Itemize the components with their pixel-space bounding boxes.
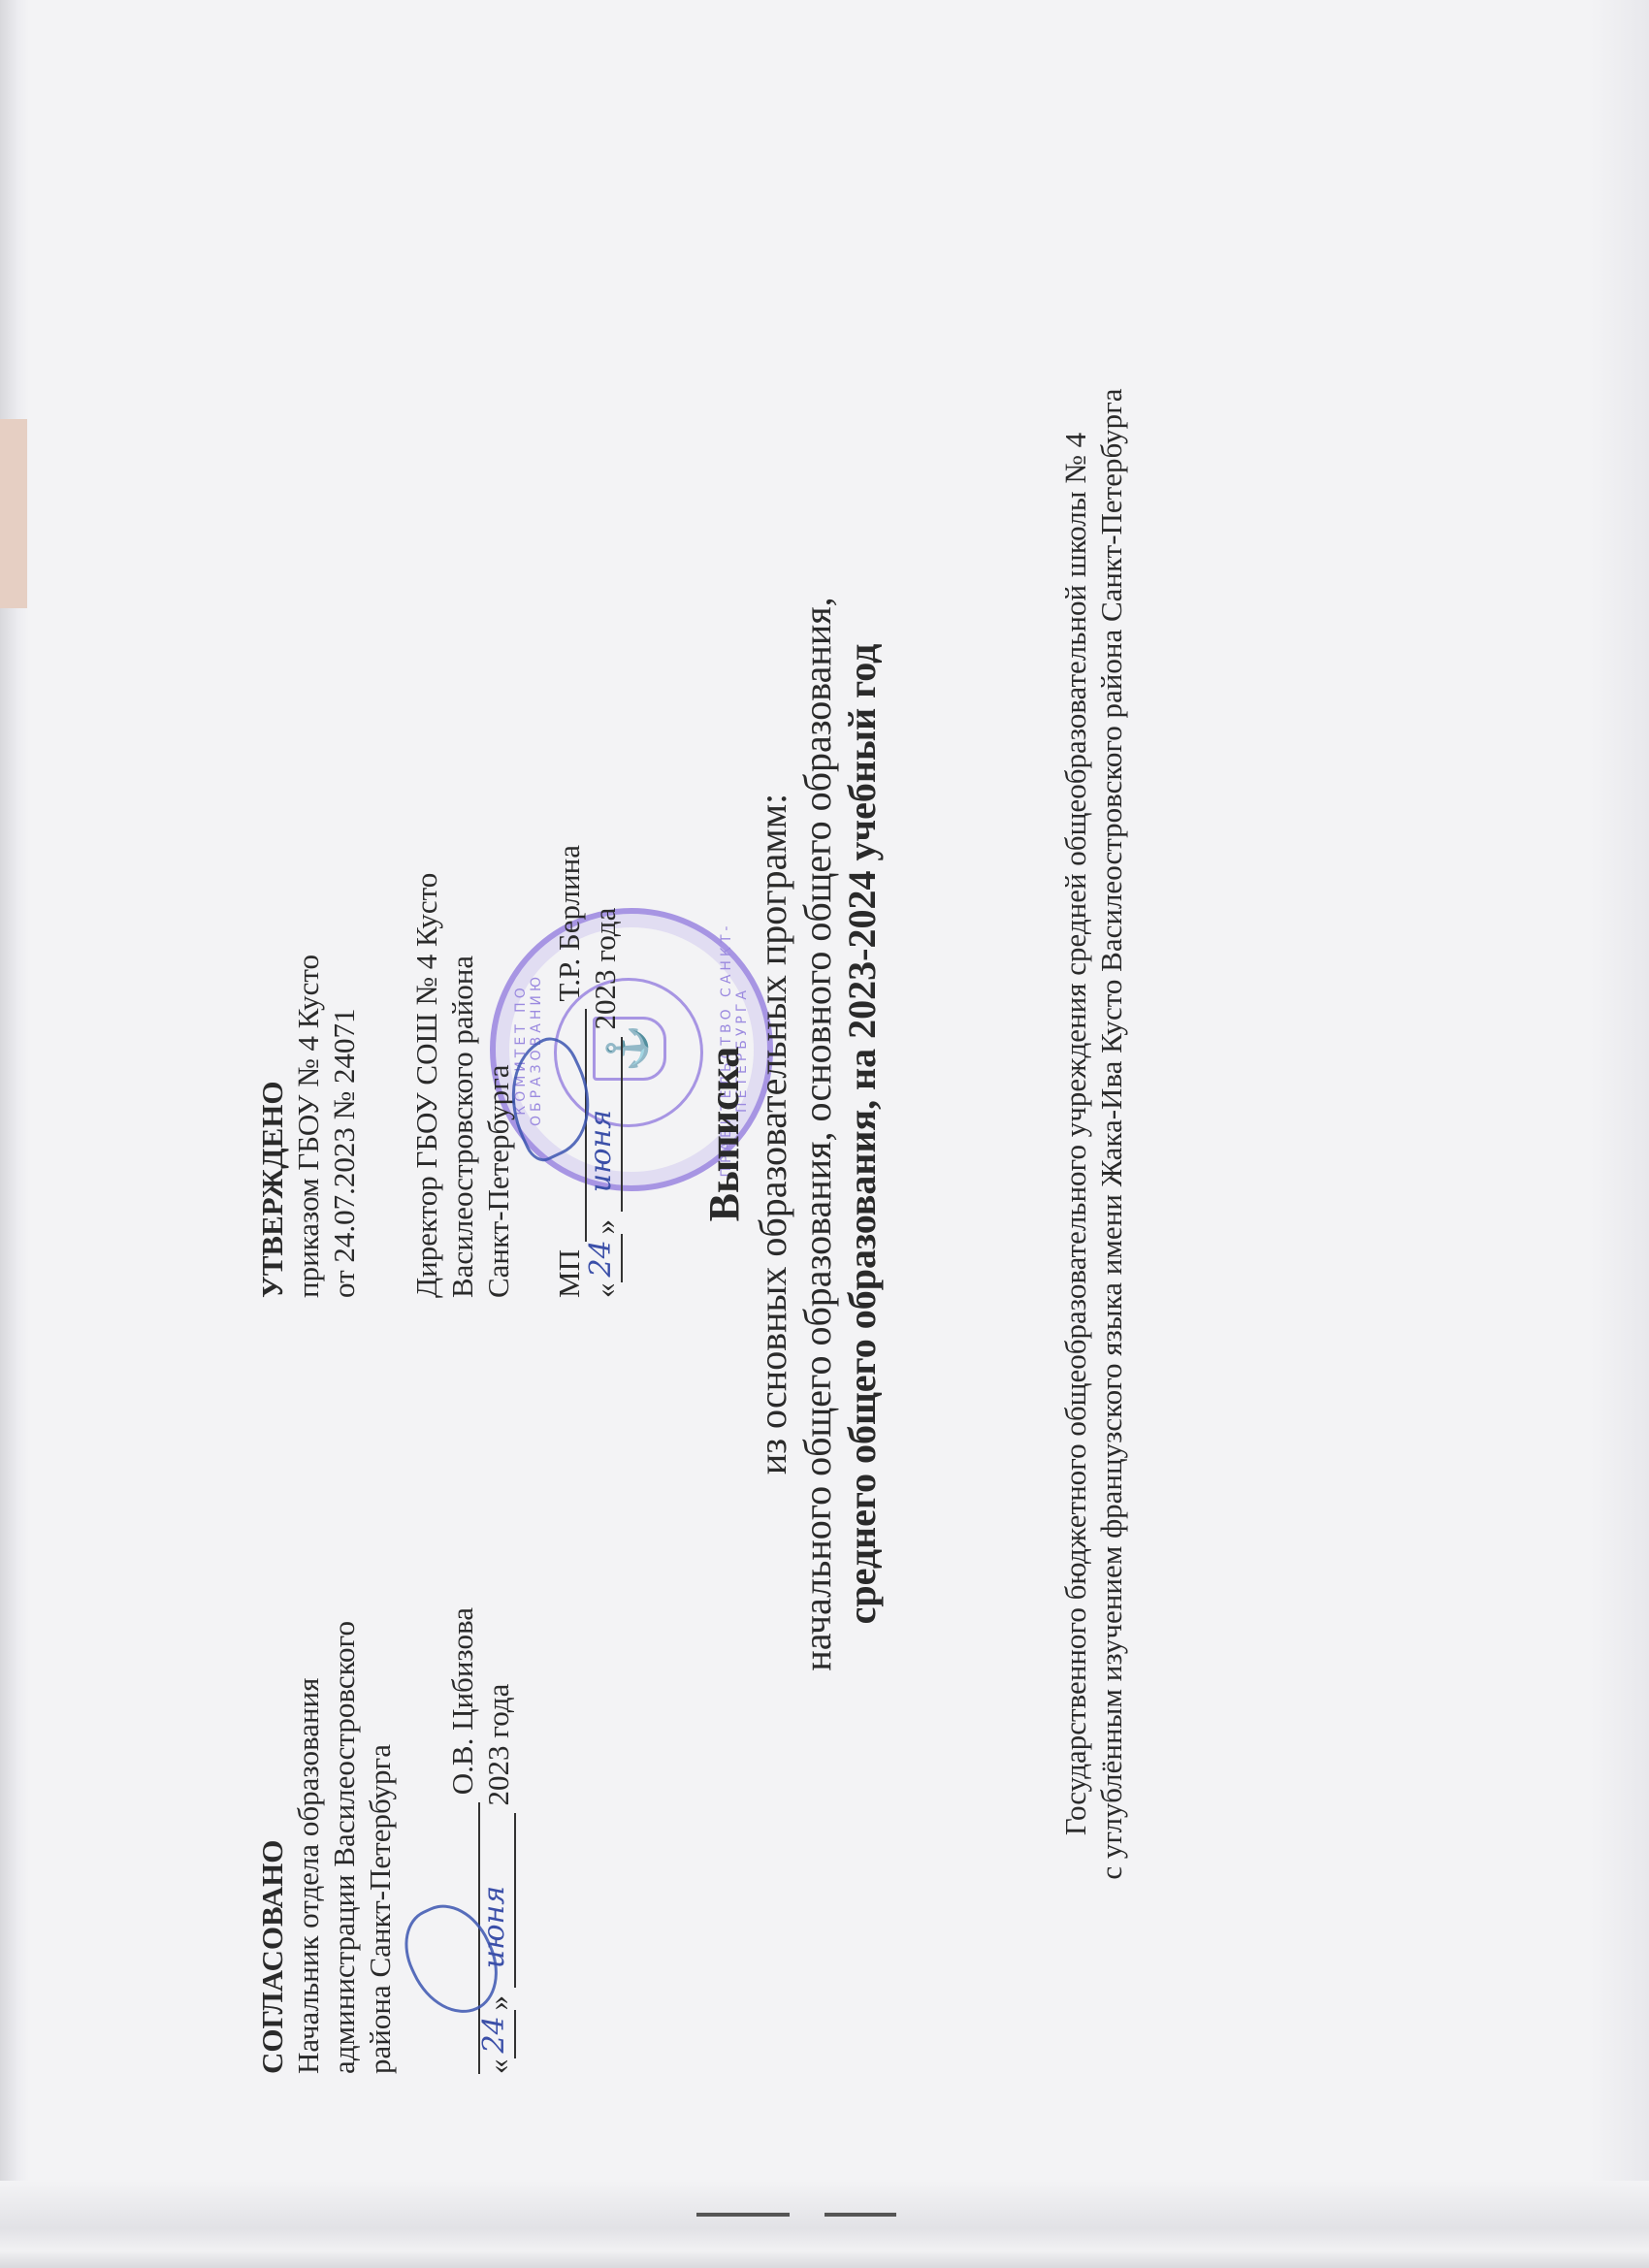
date-day: 24 bbox=[476, 2016, 512, 2053]
approved-position-line: Санкт-Петербурга bbox=[480, 697, 516, 1298]
approved-date-row: «24» июня 2023 года bbox=[587, 697, 623, 1298]
approved-order-line: от 24.07.2023 № 24071 bbox=[326, 697, 362, 1298]
quote-open: « bbox=[481, 2059, 515, 2075]
seal-label: МП bbox=[552, 1249, 586, 1298]
approved-order-line: приказом ГБОУ № 4 Кусто bbox=[290, 697, 326, 1298]
quote-open: « bbox=[588, 1283, 622, 1299]
agreed-title: СОГЛАСОВАНО bbox=[254, 1531, 290, 2074]
document-programs-line: среднего общего образования, на 2023-202… bbox=[840, 0, 885, 2268]
date-day: 24 bbox=[583, 1240, 619, 1277]
agreed-line: района Санкт-Петербурга bbox=[362, 1531, 398, 2074]
approved-block: УТВЕРЖДЕНО приказом ГБОУ № 4 Кусто от 24… bbox=[254, 697, 623, 1298]
agreed-line: Начальник отдела образования bbox=[290, 1531, 326, 2074]
document-title: Выписка bbox=[698, 0, 751, 2268]
agreed-year: 2023 года bbox=[481, 1684, 515, 1806]
agreed-date-row: «24» июня 2023 года bbox=[480, 1531, 516, 2074]
date-month-field: июня bbox=[592, 1037, 623, 1212]
institution-line: с углублённым изучением французского язы… bbox=[1093, 0, 1129, 2268]
approved-position-line: Василеостровского района bbox=[444, 697, 480, 1298]
agreed-block: СОГЛАСОВАНО Начальник отдела образования… bbox=[254, 1531, 516, 2074]
agreed-line: администрации Василеостровского bbox=[326, 1531, 362, 2074]
document-page: СОГЛАСОВАНО Начальник отдела образования… bbox=[0, 0, 1649, 2268]
date-day-field: 24 bbox=[592, 1235, 623, 1283]
approved-year: 2023 года bbox=[588, 908, 622, 1030]
document-programs-line: начального общего образования, основного… bbox=[795, 0, 840, 2268]
document-subtitle: из основных образовательных программ: bbox=[751, 0, 795, 2268]
date-month: июня bbox=[583, 1110, 619, 1192]
approved-position-line: Директор ГБОУ СОШ № 4 Кусто bbox=[408, 697, 444, 1298]
institution-name: Государственного бюджетного общеобразова… bbox=[1057, 0, 1129, 2268]
date-month: июня bbox=[476, 1886, 512, 1968]
agreed-signatory: О.В. Цибизова bbox=[445, 1607, 479, 1795]
agreed-signature-row: О.В. Цибизова bbox=[444, 1531, 480, 2074]
date-month-field: июня bbox=[485, 1813, 516, 1988]
approved-title: УТВЕРЖДЕНО bbox=[254, 697, 290, 1298]
quote-close: » bbox=[588, 1219, 622, 1235]
date-day-field: 24 bbox=[485, 2011, 516, 2059]
approved-signature-row: МП Т.Р. Берлина bbox=[551, 697, 587, 1298]
document-heading: Выписка из основных образовательных прог… bbox=[698, 0, 885, 2268]
approved-signatory: Т.Р. Берлина bbox=[552, 845, 586, 1002]
institution-line: Государственного бюджетного общеобразова… bbox=[1057, 0, 1093, 2268]
quote-close: » bbox=[481, 1995, 515, 2011]
